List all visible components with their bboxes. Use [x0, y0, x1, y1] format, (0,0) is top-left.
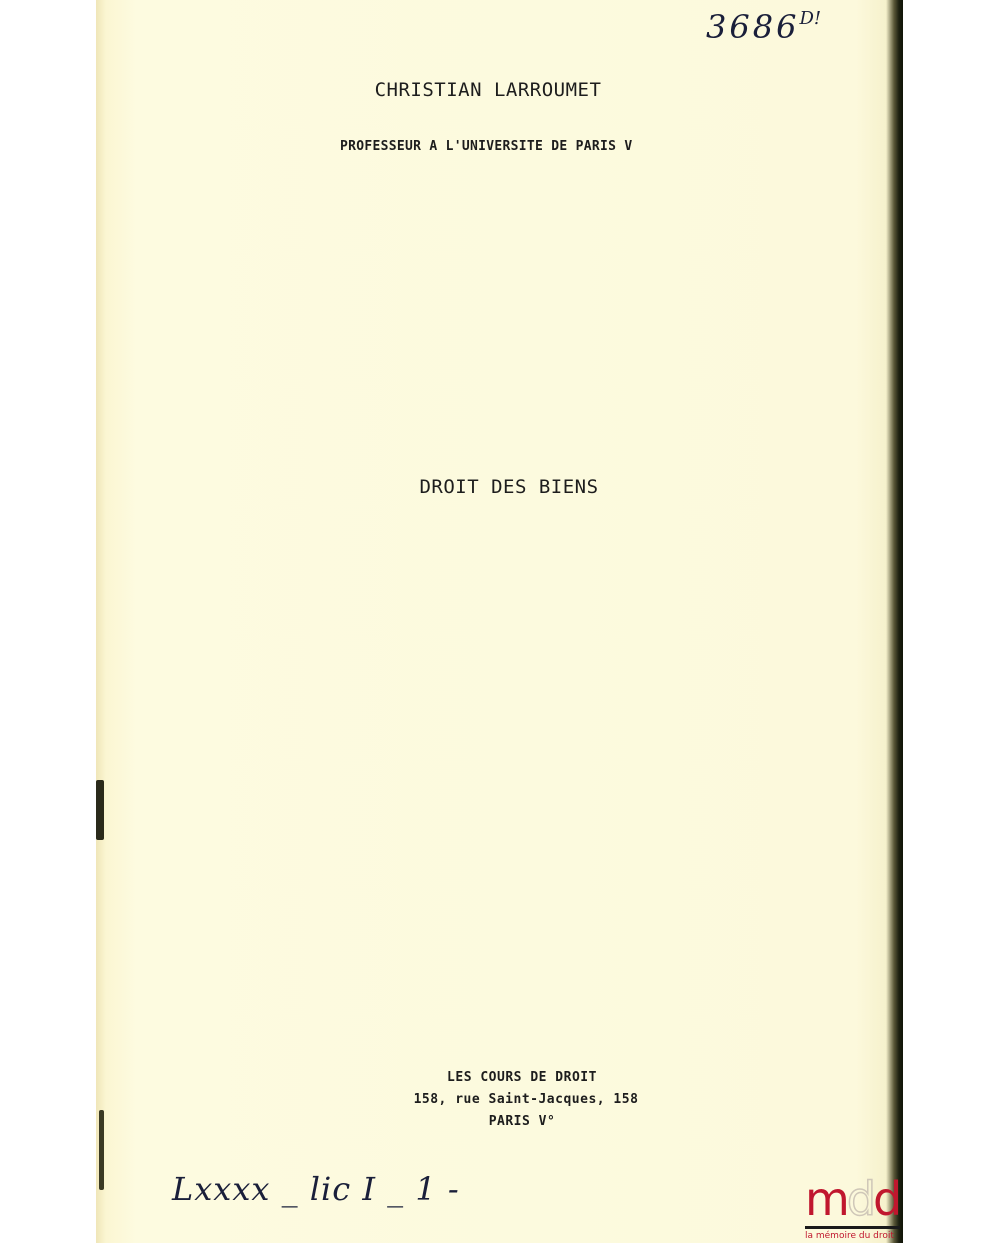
publisher-city: PARIS V° [22, 1114, 1000, 1129]
page-edge-shadow [96, 780, 104, 840]
publisher-address: 158, rue Saint-Jacques, 158 [26, 1092, 1000, 1107]
call-number-annotation: 3686D! [706, 8, 821, 46]
logo-wordmark: mdd [805, 1176, 899, 1222]
author-affiliation: PROFESSEUR A L'UNIVERSITE DE PARIS V [340, 139, 633, 154]
document-page [96, 0, 903, 1243]
logo-underline [805, 1226, 900, 1229]
author-name: CHRISTIAN LARROUMET [0, 79, 988, 101]
call-number-suffix: D! [799, 8, 821, 29]
logo-tagline: la mémoire du droit [805, 1231, 894, 1241]
document-title: DROIT DES BIENS [9, 476, 1000, 498]
mdd-logo: mdd la mémoire du droit [805, 1176, 905, 1243]
shelf-mark-annotation: Lxxxx _ lic I _ 1 - [172, 1170, 460, 1208]
publisher-name: LES COURS DE DROIT [22, 1070, 1000, 1085]
